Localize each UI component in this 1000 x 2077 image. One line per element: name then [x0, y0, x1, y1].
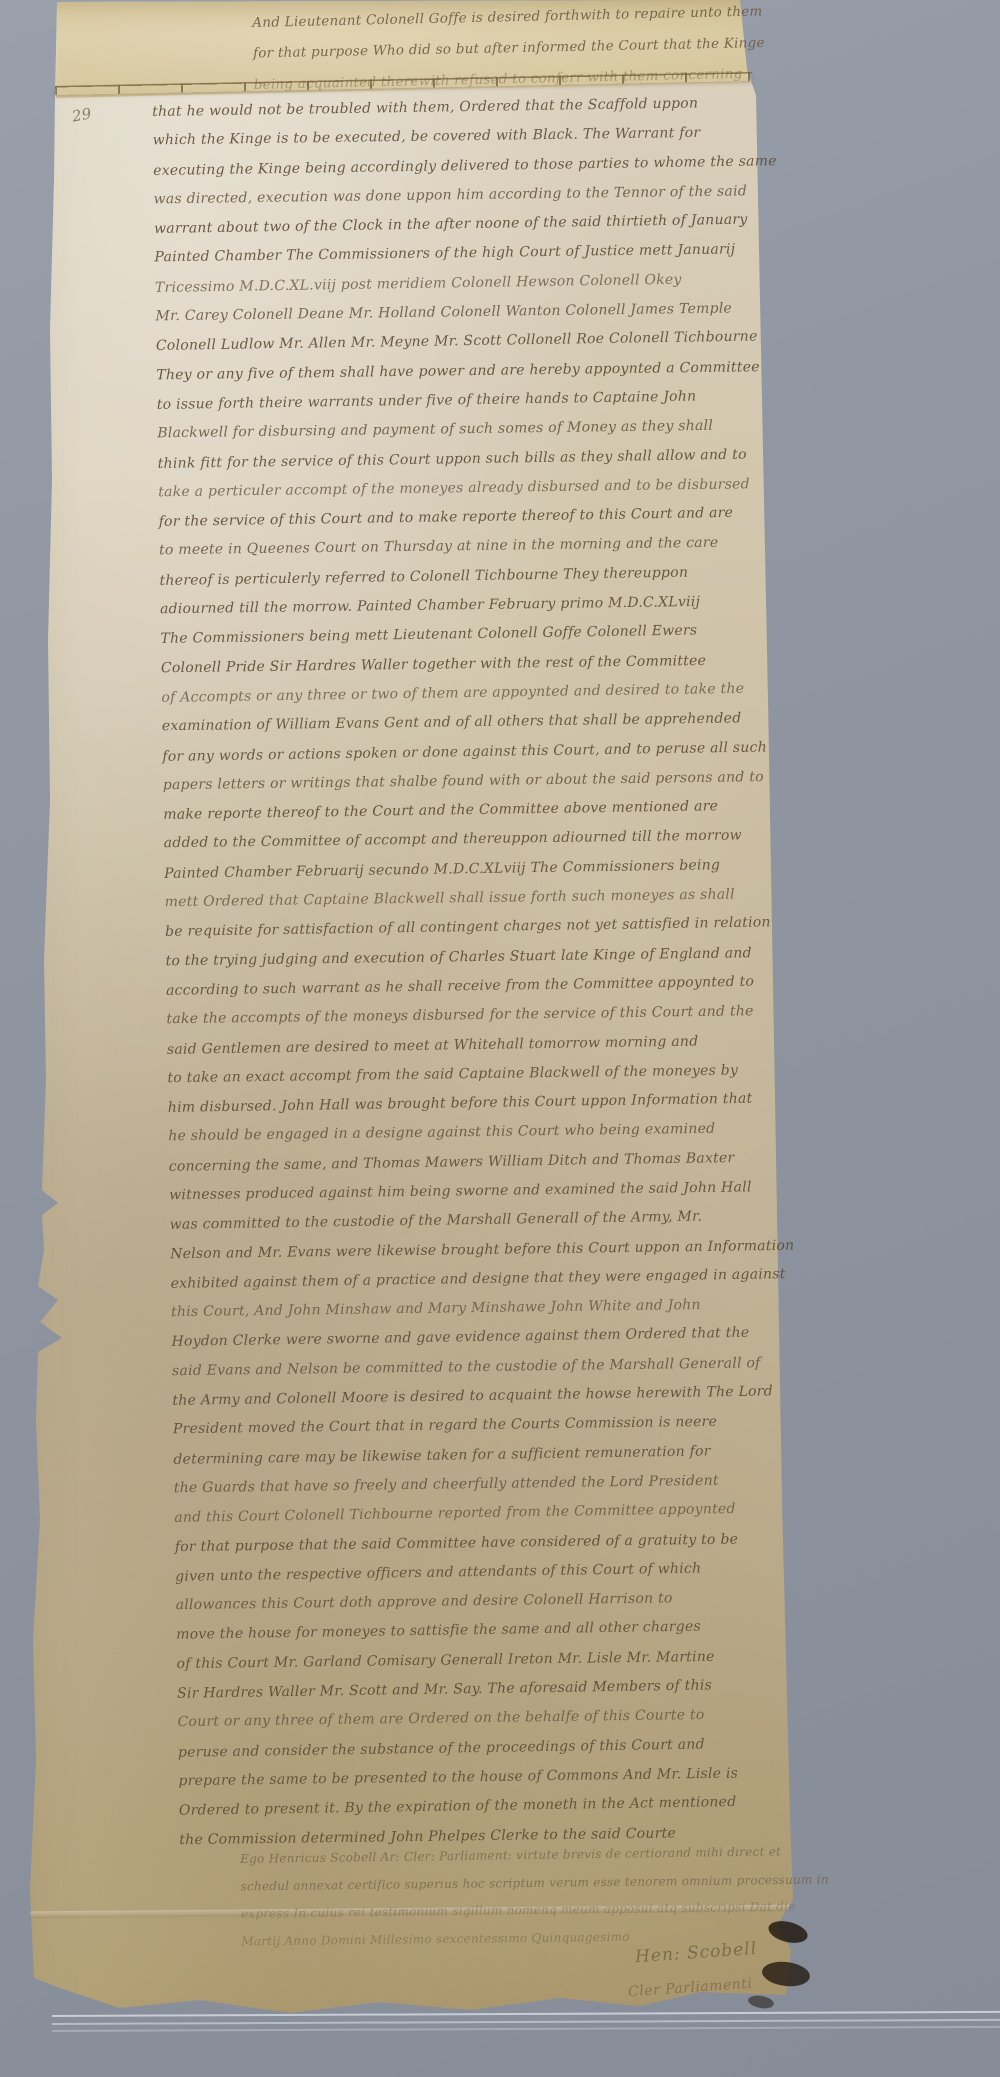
certification-text: Ego Henricus Scobell Ar: Cler: Parliamen…	[240, 1838, 781, 1956]
mount-edge-line	[52, 2019, 1000, 2025]
folio-number: 29	[71, 104, 93, 125]
journal-text: that he would not be troubled with them,…	[152, 89, 776, 1856]
photo-background: { "photo": { "background_color": "#8f95a…	[0, 0, 1000, 2077]
mount-edge-line	[52, 2011, 1000, 2017]
top-membrane-text: And Lieutenant Colonell Goffe is desired…	[252, 0, 724, 101]
mount-edge-line	[52, 2026, 1000, 2032]
ink-stain	[747, 1994, 775, 2010]
